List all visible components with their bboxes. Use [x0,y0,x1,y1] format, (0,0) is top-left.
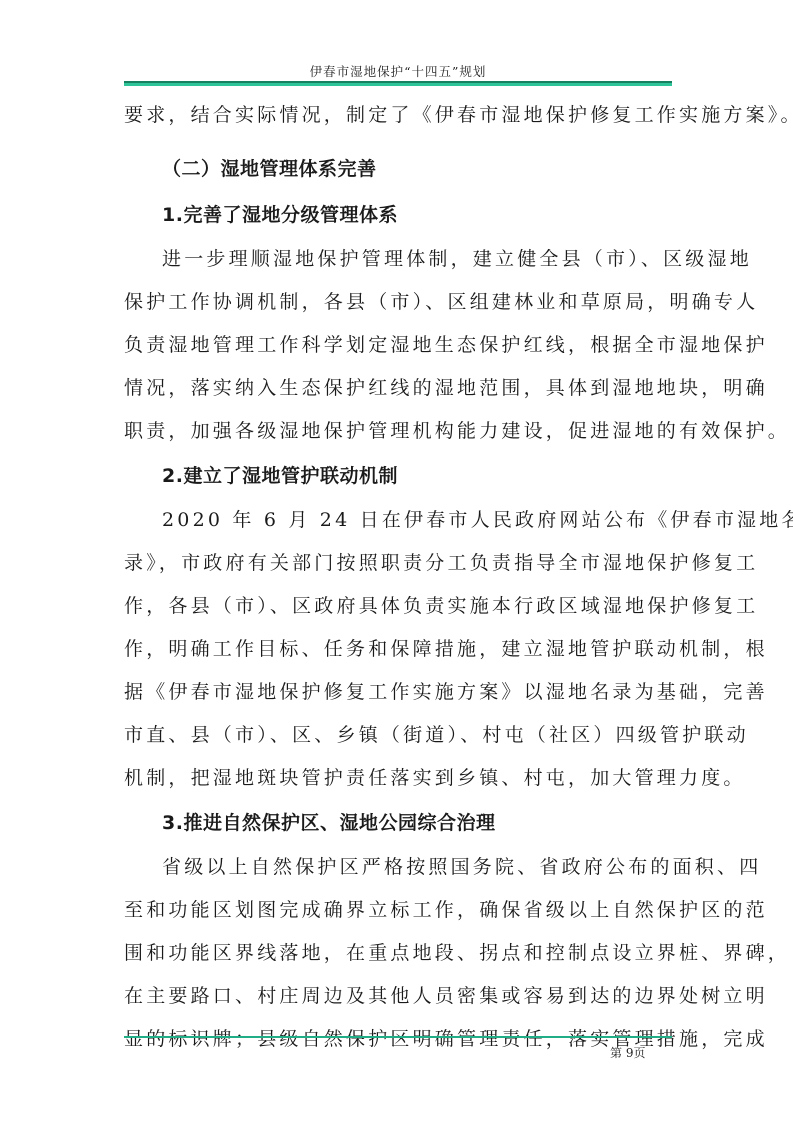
header-rule-light [124,83,672,86]
text-line: 作，明确工作目标、任务和保障措施，建立湿地管护联动机制，根 [124,628,672,671]
subsection-heading-3: 3.推进自然保护区、湿地公园综合治理 [124,800,672,846]
text-line: 显的标识牌；县级自然保护区明确管理责任，落实管理措施，完成 [124,1018,672,1061]
page-content: 要求，结合实际情况，制定了《伊春市湿地保护修复工作实施方案》。 （二）湿地管理体… [124,94,672,1061]
running-header: 伊春市湿地保护“十四五”规划 [124,62,672,80]
text-line: 2020 年 6 月 24 日在伊春市人民政府网站公布《伊春市湿地名 [124,499,672,542]
text-line: 情况，落实纳入生态保护红线的湿地范围，具体到湿地地块，明确 [124,367,672,410]
text-line: 机制，把湿地斑块管护责任落实到乡镇、村屯，加大管理力度。 [124,757,672,800]
subsection-heading-1: 1.完善了湿地分级管理体系 [124,192,672,238]
text-line: 据《伊春市湿地保护修复工作实施方案》以湿地名录为基础，完善 [124,671,672,714]
subsection-3-paragraph: 省级以上自然保护区严格按照国务院、省政府公布的面积、四 至和功能区划图完成确界立… [124,846,672,1061]
subsection-1-paragraph: 进一步理顺湿地保护管理体制，建立健全县（市）、区级湿地 保护工作协调机制，各县（… [124,238,672,453]
text-line: 进一步理顺湿地保护管理体制，建立健全县（市）、区级湿地 [124,238,672,281]
footer-rule [124,1036,672,1038]
text-line: 省级以上自然保护区严格按照国务院、省政府公布的面积、四 [124,846,672,889]
text-line: 负责湿地管理工作科学划定湿地生态保护红线，根据全市湿地保护 [124,324,672,367]
text-line: 录》，市政府有关部门按照职责分工负责指导全市湿地保护修复工 [124,542,672,585]
text-line: 职责，加强各级湿地保护管理机构能力建设，促进湿地的有效保护。 [124,410,672,453]
subsection-2-paragraph: 2020 年 6 月 24 日在伊春市人民政府网站公布《伊春市湿地名 录》，市政… [124,499,672,800]
text-line: 在主要路口、村庄周边及其他人员密集或容易到达的边界处树立明 [124,975,672,1018]
subsection-heading-2: 2.建立了湿地管护联动机制 [124,453,672,499]
text-line: 市直、县（市）、区、乡镇（街道）、村屯（社区）四级管护联动 [124,714,672,757]
text-line: 作，各县（市）、区政府具体负责实施本行政区域湿地保护修复工 [124,585,672,628]
text-line: 围和功能区界线落地，在重点地段、拐点和控制点设立界桩、界碑， [124,932,672,975]
text-line: 保护工作协调机制，各县（市）、区组建林业和草原局，明确专人 [124,281,672,324]
page-number: 第 9页 [610,1044,645,1061]
paragraph-continuation: 要求，结合实际情况，制定了《伊春市湿地保护修复工作实施方案》。 [124,94,672,137]
text-line: 至和功能区划图完成确界立标工作，确保省级以上自然保护区的范 [124,889,672,932]
header-rule [124,81,672,86]
section-heading: （二）湿地管理体系完善 [124,146,672,192]
